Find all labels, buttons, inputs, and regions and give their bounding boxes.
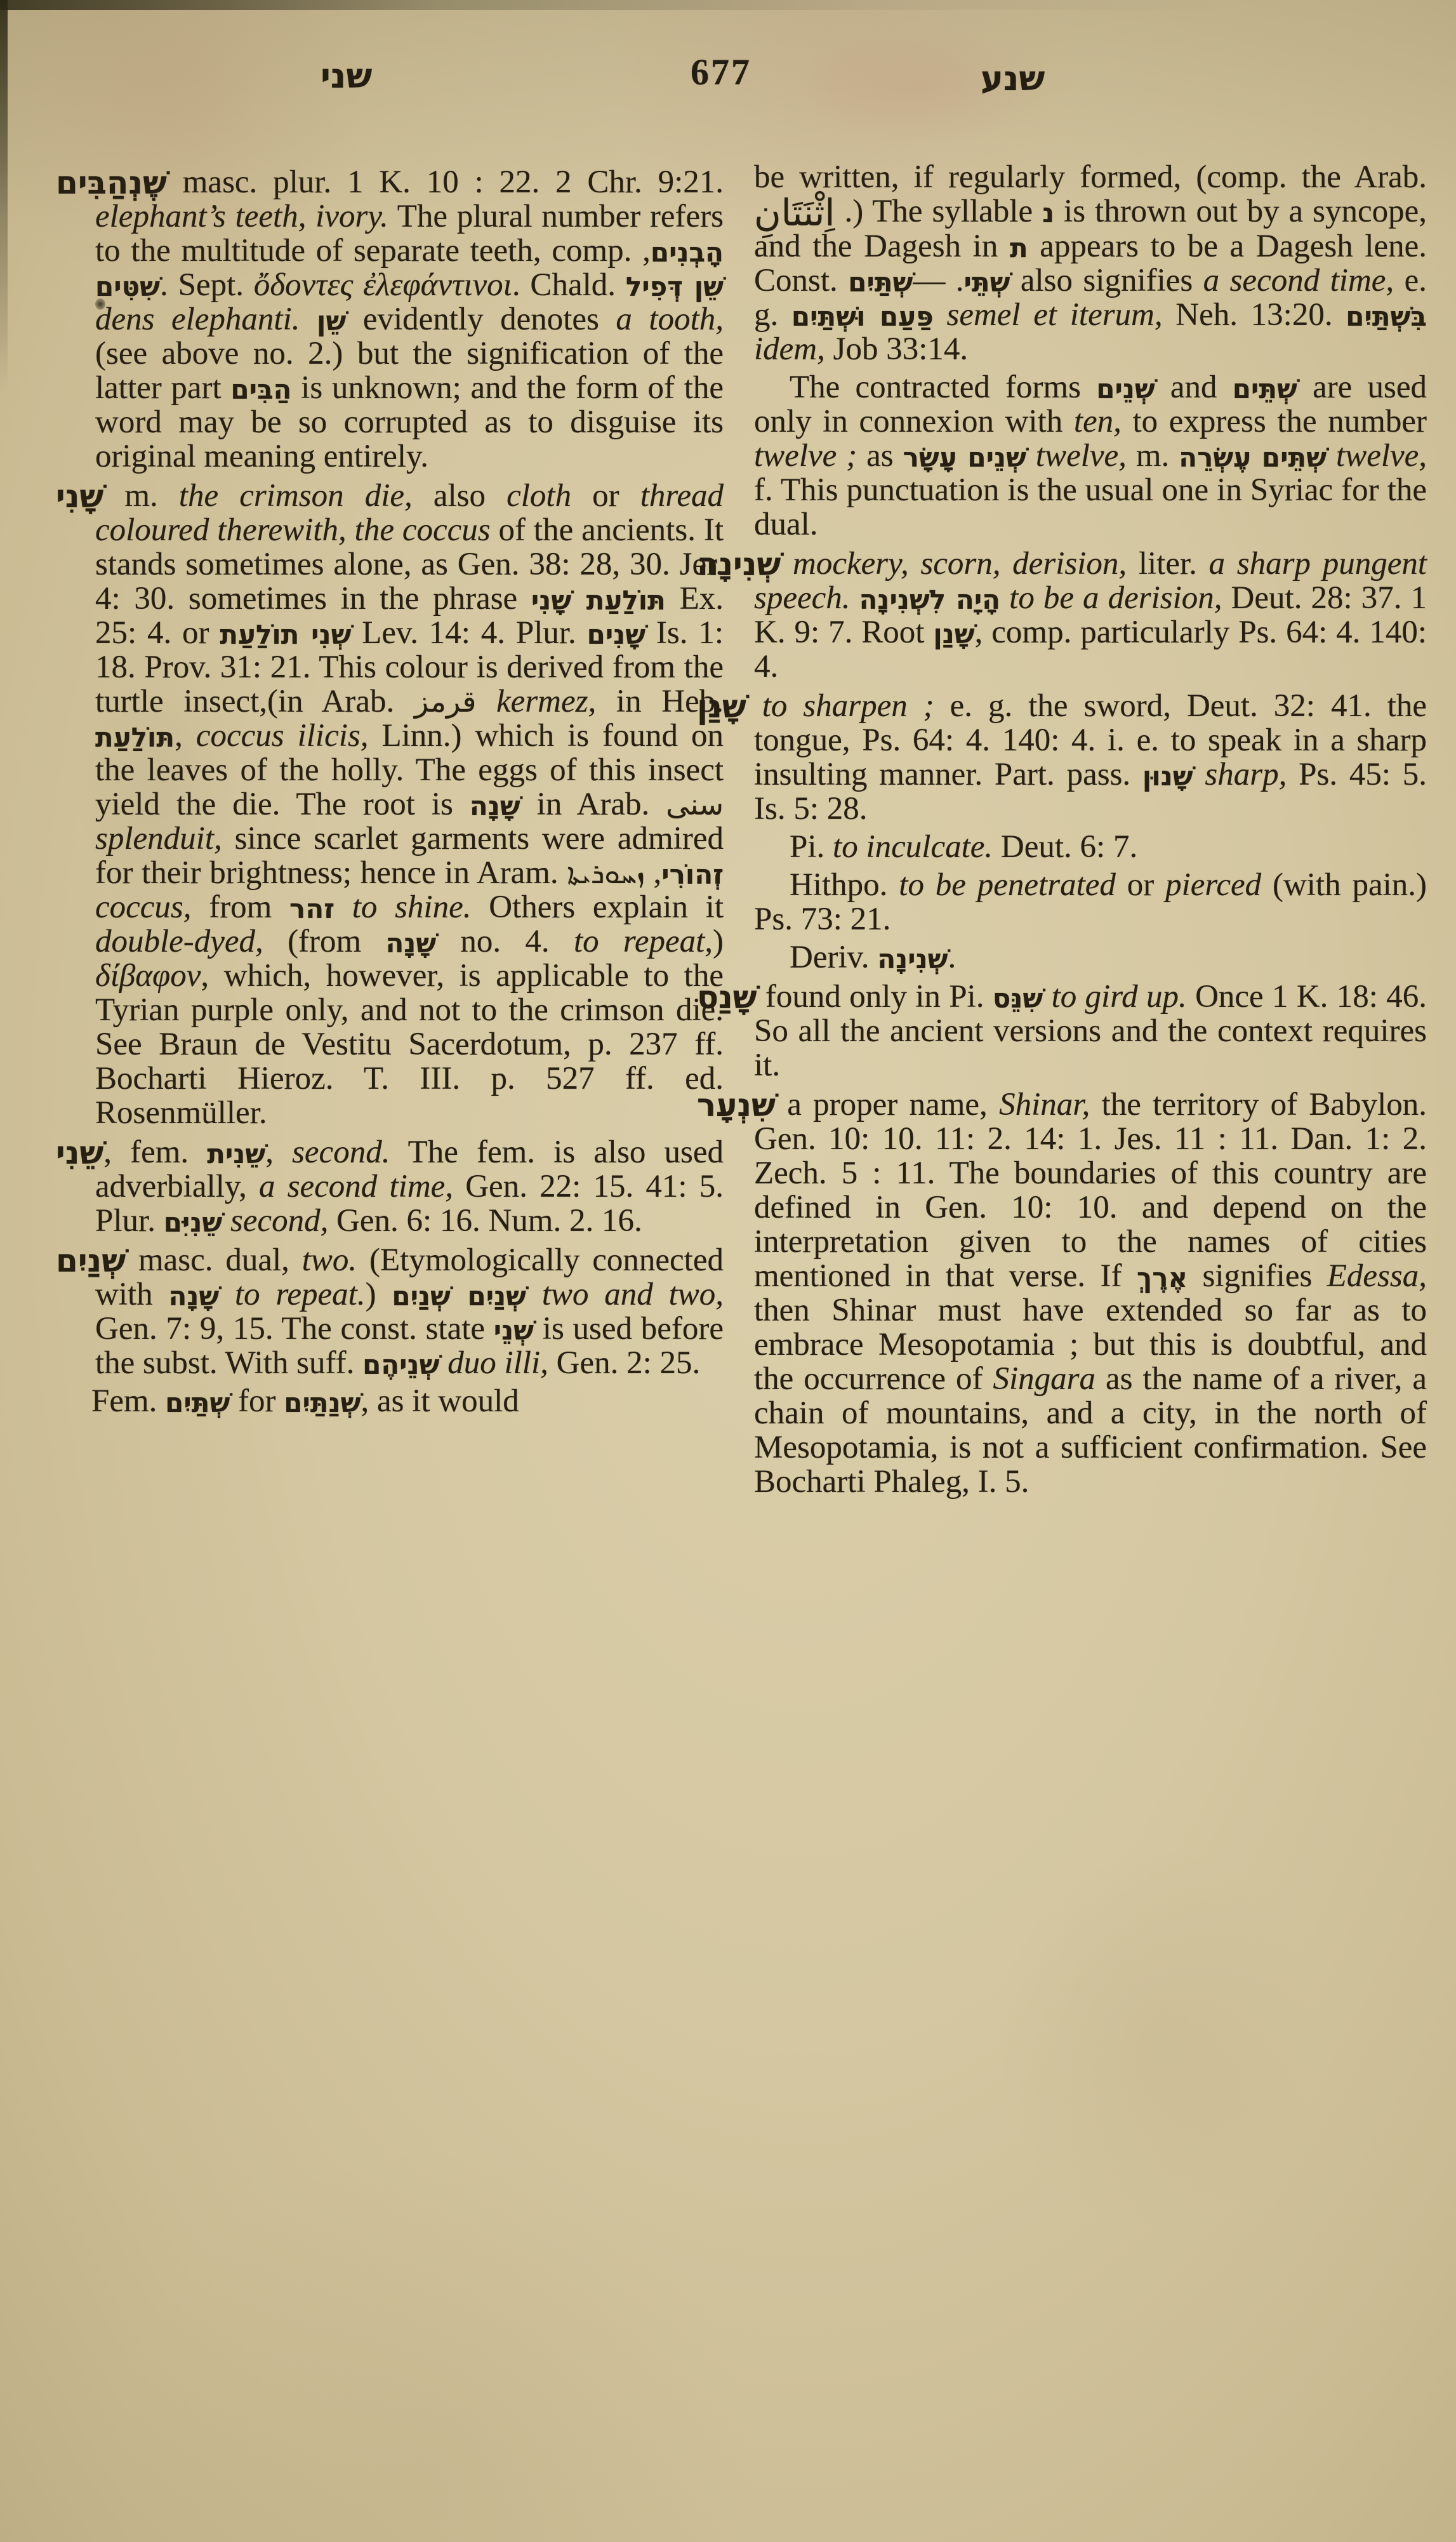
paper-stain [990, 1841, 1320, 2235]
scan-edge-top [0, 0, 1456, 10]
right-column: be written, if regularly formed, (comp. … [754, 160, 1427, 1503]
para-contracted-forms: The contracted forms שְׁנֵים and שְׁתֵּי… [754, 370, 1427, 542]
entry-sheninah: שְׁנִינָה mockery, scorn, derision, lite… [754, 547, 1427, 684]
para-hithpo: Hithpo. to be penetrated or pierced (wit… [754, 868, 1427, 936]
entry-shenhabbim: שֶׁנְהַבִּים masc. plur. 1 K. 10 : 22. 2… [56, 165, 724, 474]
guide-word-left: שני [321, 56, 372, 96]
page-number: 677 [691, 51, 751, 93]
entry-shanan: שָׁנַן to sharpen ; e. g. the sword, Deu… [754, 689, 1427, 826]
entry-shinar: שִׁנְעָר a proper name, Shinar, the terr… [754, 1088, 1427, 1499]
page-body: שֶׁנְהַבִּים masc. plur. 1 K. 10 : 22. 2… [56, 160, 1427, 1503]
para-dual-continuation: be written, if regularly formed, (comp. … [754, 160, 1427, 366]
left-column: שֶׁנְהַבִּים masc. plur. 1 K. 10 : 22. 2… [56, 160, 724, 1503]
scan-edge-left [0, 0, 8, 394]
guide-word-right: שנע [981, 58, 1045, 98]
entry-shenayim-two: שְׁנַיִם masc. dual, two. (Etymologicall… [56, 1243, 724, 1380]
para-piel: Pi. to inculcate. Deut. 6: 7. [754, 830, 1427, 864]
entry-shani-crimson: שָׁנִי m. the crimson die, also cloth or… [56, 479, 724, 1130]
para-fem-shtayim: Fem. שְׁתַּיִם for שְׁנַתַּיִם, as it wo… [56, 1384, 724, 1418]
entry-shanas: שָׁנַס found only in Pi. שִׁנֵּס to gird… [754, 980, 1427, 1082]
scanned-lexicon-page: { "header": { "left_word": "שני", "page_… [0, 0, 1456, 2542]
entry-sheni-second: שֵׁנִי, fem. שֵׁנִית, second. The fem. i… [56, 1135, 724, 1238]
para-deriv: Deriv. שְׁנִינָה. [754, 940, 1427, 975]
